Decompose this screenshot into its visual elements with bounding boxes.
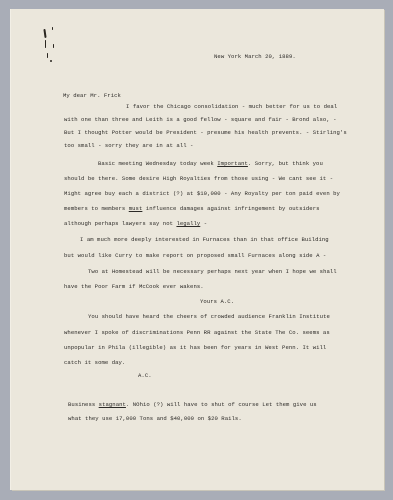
- body-line: whenever I spoke of discriminations Penn…: [64, 329, 330, 336]
- underlined-word: must: [129, 205, 143, 212]
- underlined-word: stagnant: [99, 401, 126, 408]
- body-line: members to members must influence damage…: [64, 205, 320, 212]
- body-line: Basic meeting Wednesday today week Impor…: [98, 160, 323, 167]
- dateline: New York March 20, 1889.: [214, 53, 296, 60]
- body-line: what they use 17,000 Tons and $40,000 on…: [68, 415, 242, 422]
- underlined-word: legally: [176, 220, 200, 227]
- line-text: members to members: [64, 205, 129, 212]
- line-text: . NOhio (?) will have to shut of course …: [126, 401, 317, 408]
- body-line: I favor the Chicago consolidation - much…: [126, 103, 337, 110]
- line-text: although perhaps lawyers say not: [64, 220, 176, 227]
- line-text: . Sorry, but think you: [248, 160, 323, 167]
- line-text: influence damages against infringement b…: [142, 205, 319, 212]
- line-text: Basic meeting Wednesday today week: [98, 160, 217, 167]
- signature-line: Yours A.C.: [200, 298, 234, 305]
- line-text: -: [200, 220, 207, 227]
- body-line: I am much more deeply interested in Furn…: [80, 236, 329, 243]
- body-line: too small - sorry they are in at all -: [64, 142, 193, 149]
- body-line: catch it some day.: [64, 359, 125, 366]
- body-line: with one than three and Leith is a good …: [64, 116, 337, 123]
- body-line: But I thought Potter would be President …: [64, 129, 347, 136]
- signature-initials: A.C.: [138, 372, 152, 379]
- body-line: but would like Curry to make report on p…: [64, 252, 326, 259]
- ink-marks: [41, 25, 71, 75]
- body-line: have the Poor Farm if McCook ever wakens…: [64, 283, 204, 290]
- body-line: Two at Homestead will be necessary perha…: [88, 268, 337, 275]
- body-line: unpopular in Phila (illegible) as it has…: [64, 344, 326, 351]
- body-line: Might agree buy each a district (?) at $…: [64, 190, 340, 197]
- underlined-word: Important: [217, 160, 248, 167]
- line-text: Business: [68, 401, 99, 408]
- body-line: Business stagnant. NOhio (?) will have t…: [68, 401, 317, 408]
- body-line: You should have heard the cheers of crow…: [88, 313, 330, 320]
- body-line: should be there. Some desire High Royalt…: [64, 175, 333, 182]
- body-line: although perhaps lawyers say not legally…: [64, 220, 207, 227]
- salutation: My dear Mr. Frick: [63, 92, 121, 99]
